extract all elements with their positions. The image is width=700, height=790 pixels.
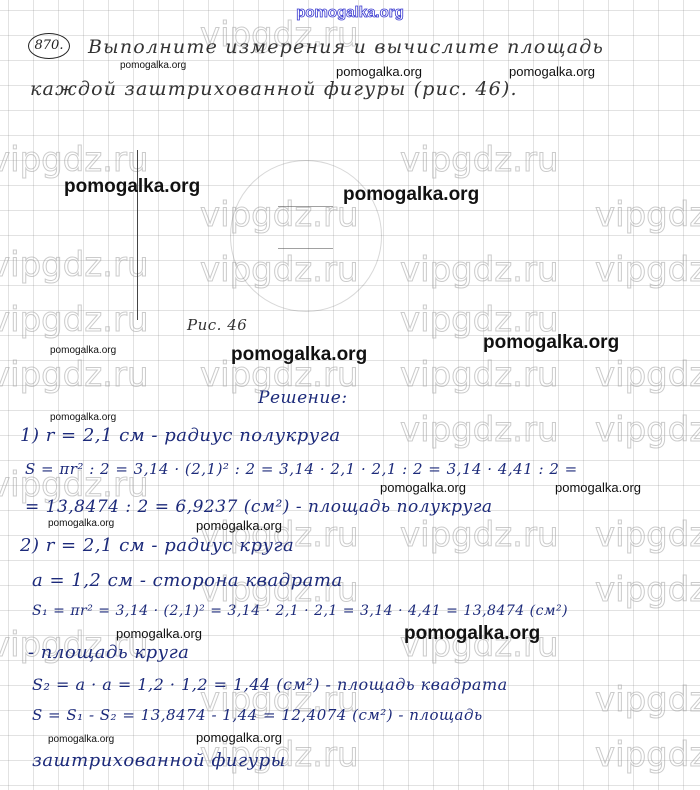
watermark-vipgdz: vipgdz.ru <box>595 355 700 395</box>
watermark-vipgdz: vipgdz.ru <box>400 140 559 180</box>
watermark-pomogalka: pomogalka.org <box>380 480 466 495</box>
watermark-pomogalka: pomogalka.org <box>196 730 282 745</box>
watermark-pomogalka: pomogalka.org <box>50 345 116 356</box>
figure-caption: Рис. 46 <box>187 316 247 334</box>
watermark-vipgdz: vipgdz.ru <box>595 410 700 450</box>
figure-circle <box>230 160 382 312</box>
watermark-pomogalka: pomogalka.org <box>404 623 540 645</box>
watermark-pomogalka: pomogalka.org <box>48 518 114 529</box>
watermark-pomogalka: pomogalka.org <box>196 518 282 533</box>
task-number: 870. <box>28 33 70 59</box>
part1-line1: 1) r = 2,1 см - радиус полукруга <box>20 425 341 446</box>
part2-line2: a = 1,2 см - сторона квадрата <box>32 570 343 591</box>
part2-line7: заштрихованной фигуры <box>32 750 286 771</box>
part2-line5: S₂ = a · a = 1,2 · 1,2 = 1,44 (см²) - пл… <box>32 675 508 694</box>
watermark-pomogalka: pomogalka.org <box>50 412 116 423</box>
task-text-line2: каждой заштрихованной фигуры (рис. 46). <box>30 78 518 100</box>
watermark-vipgdz: vipgdz.ru <box>0 300 149 340</box>
watermark-pomogalka: pomogalka.org <box>483 332 619 354</box>
watermark-vipgdz: vipgdz.ru <box>0 245 149 285</box>
header-watermark: pomogalka.org <box>0 4 700 21</box>
watermark-pomogalka: pomogalka.org <box>555 480 641 495</box>
part1-line3: = 13,8474 : 2 = 6,9237 (см²) - площадь п… <box>25 497 493 517</box>
watermark-vipgdz: vipgdz.ru <box>595 680 700 720</box>
watermark-pomogalka: pomogalka.org <box>120 60 186 71</box>
watermark-vipgdz: vipgdz.ru <box>595 515 700 555</box>
part2-line6: S = S₁ - S₂ = 13,8474 - 1,44 = 12,4074 (… <box>32 706 483 724</box>
watermark-vipgdz: vipgdz.ru <box>595 250 700 290</box>
watermark-vipgdz: vipgdz.ru <box>595 570 700 610</box>
solution-heading: Решение: <box>258 388 348 408</box>
task-text-line1: Выполните измерения и вычислите площадь <box>88 36 604 58</box>
part2-line4: - площадь круга <box>28 642 189 663</box>
watermark-vipgdz: vipgdz.ru <box>0 140 149 180</box>
watermark-pomogalka: pomogalka.org <box>64 176 200 198</box>
watermark-vipgdz: vipgdz.ru <box>400 355 559 395</box>
watermark-vipgdz: vipgdz.ru <box>595 195 700 235</box>
part2-line1: 2) r = 2,1 см - радиус круга <box>20 535 294 556</box>
watermark-vipgdz: vipgdz.ru <box>400 515 559 555</box>
part1-line2: S = πr² : 2 = 3,14 · (2,1)² : 2 = 3,14 ·… <box>25 460 578 478</box>
part2-line3: S₁ = πr² = 3,14 · (2,1)² = 3,14 · 2,1 · … <box>32 603 568 619</box>
watermark-pomogalka: pomogalka.org <box>48 734 114 745</box>
watermark-vipgdz: vipgdz.ru <box>400 250 559 290</box>
watermark-pomogalka: pomogalka.org <box>116 626 202 641</box>
watermark-pomogalka: pomogalka.org <box>343 184 479 206</box>
watermark-vipgdz: vipgdz.ru <box>0 355 149 395</box>
watermark-vipgdz: vipgdz.ru <box>400 410 559 450</box>
watermark-pomogalka: pomogalka.org <box>336 64 422 79</box>
watermark-pomogalka: pomogalka.org <box>509 64 595 79</box>
watermark-pomogalka: pomogalka.org <box>231 344 367 366</box>
watermark-vipgdz: vipgdz.ru <box>595 735 700 775</box>
